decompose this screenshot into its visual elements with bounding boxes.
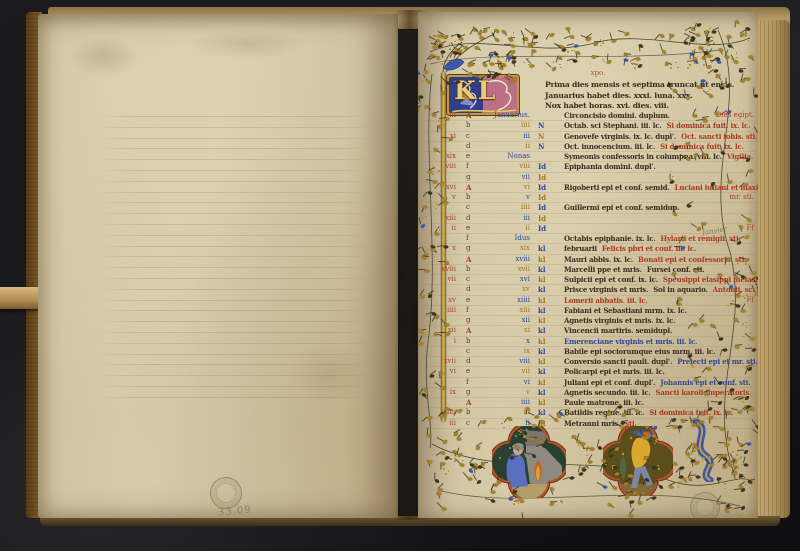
feast-segment: Batildis regine. iii. lc. xyxy=(564,408,644,417)
feast-segment: Conversio sancti pauli. dupl'. xyxy=(564,357,672,366)
dominical-letter: A xyxy=(466,326,480,335)
dominical-letter: c xyxy=(466,347,480,356)
calendar-verse-2: Januarius habet dies. xxxi. luna. xxx. xyxy=(545,91,693,100)
feast-entry: Genovefe virginis. ix. lc. dupl'.Oct. sa… xyxy=(564,132,754,142)
feast-entry: Lomerii abbatis. iii. lc. xyxy=(564,296,754,306)
feast-segment: Agnetis virginis et mris. ix. lc. xyxy=(564,316,675,325)
day-count: v xyxy=(488,193,530,202)
calendar-row: diiNOct. innocencium. iii. lc.Si dominic… xyxy=(424,142,756,152)
acanthus-leaf-blue xyxy=(444,59,464,70)
feast-segment: Si dominica fuit. ix. lc. xyxy=(667,121,751,130)
division-abbrev: kl xyxy=(538,275,560,284)
feast-segment: Bonati epi et confessoris. sti. xyxy=(638,255,746,264)
calendar-row: ciiiiIdGuillermi epi et conf. semidup. xyxy=(424,203,756,213)
manuscript-photo: 33.09 xpo. Prima dies mensis et septima … xyxy=(0,0,800,551)
calendar-row: biiiiNOctab. sci Stephani. iii. lc.Si do… xyxy=(424,121,756,131)
division-abbrev: kl xyxy=(538,408,560,417)
calendar-row: iiiAJanuarius.Circoncisio domini. duplum… xyxy=(424,111,756,121)
dominical-letter: A xyxy=(466,255,480,264)
calendar-row: ixgvklAgnetis secundo. iii. lc.Sancti ka… xyxy=(424,388,756,398)
dominical-letter: e xyxy=(466,152,480,161)
feast-segment: Vincencii martiris. semidupl. xyxy=(564,326,672,335)
division-abbrev: Id xyxy=(538,183,560,192)
calendar-row: xiiAxiklVincencii martiris. semidupl. xyxy=(424,326,756,336)
golden-number: xvii xyxy=(424,357,456,366)
dominical-letter: f xyxy=(466,378,480,387)
calendar-row: xiiidiiiId xyxy=(424,214,756,224)
day-count: Idus xyxy=(488,234,530,243)
division-abbrev: Id xyxy=(538,224,560,233)
dominical-letter: A xyxy=(466,183,480,192)
day-count: Januarius. xyxy=(488,111,530,120)
golden-number: xix xyxy=(424,152,456,161)
calendar-row: xixeNonasSymeonis confessoris in columpn… xyxy=(424,152,756,162)
right-margin-text: Ff xyxy=(747,224,754,233)
division-abbrev: N xyxy=(538,142,560,151)
dominical-letter: c xyxy=(466,275,480,284)
golden-number: xiiii xyxy=(424,408,456,417)
calendar-row: fviklJuliani epi et conf. dupl'.Johannis… xyxy=(424,378,756,388)
division-abbrev: kl xyxy=(538,244,560,253)
golden-number: ix xyxy=(424,388,456,397)
division-abbrev: Id xyxy=(538,162,560,171)
dominical-letter: c xyxy=(466,419,480,428)
dominical-letter: b xyxy=(466,337,480,346)
calendar-row: xviidviiiklConversio sancti pauli. dupl'… xyxy=(424,357,756,367)
feast-segment: Fursei conf. sti. xyxy=(647,265,705,274)
feast-entry: Agnetis secundo. iii. lc.Sancti karoli i… xyxy=(564,388,754,398)
division-abbrev: kl xyxy=(538,265,560,274)
golden-number: xv xyxy=(424,296,456,305)
feast-entry: februariiFelicis pbri et conf. iii. lc. xyxy=(564,244,754,254)
day-count: xv xyxy=(488,285,530,294)
feast-segment: Marcelli ppe et mris. xyxy=(564,265,642,274)
feast-segment: Sol in aquario. xyxy=(653,285,707,294)
division-abbrev: kl xyxy=(538,337,560,346)
feast-entry: Sulpicii epi et conf. ix. lc.Speusippi e… xyxy=(564,275,754,285)
day-count: xvii xyxy=(488,265,530,274)
feast-segment: Speusippi elasippi melasippi. mr. xyxy=(663,275,758,284)
feast-segment: Johannis epi et conf. sti. xyxy=(660,378,750,387)
dominical-letter: b xyxy=(466,408,480,417)
golden-number: iii xyxy=(424,111,456,120)
division-abbrev: Id xyxy=(538,203,560,212)
day-count: Nonas xyxy=(488,152,530,161)
calendar-row: ibxklEmerenciane virginis et mris. iii. … xyxy=(424,337,756,347)
day-count: xviii xyxy=(488,255,530,264)
feast-segment: Hylarii et remigii. sti. xyxy=(661,234,741,243)
division-abbrev: kl xyxy=(538,285,560,294)
division-abbrev: kl xyxy=(538,255,560,264)
foxing-stain xyxy=(68,36,138,76)
dominical-letter: e xyxy=(466,367,480,376)
feast-entry: Rigoberti epi et conf. semid.Luciani iul… xyxy=(564,183,754,193)
feast-segment: Paule matrone. iii. lc. xyxy=(564,398,644,407)
calendar-row: xiiiibiiiklBatildis regine. iii. lc.Si d… xyxy=(424,408,756,418)
dominical-letter: A xyxy=(466,111,480,120)
feast-segment: februarii xyxy=(564,244,597,253)
feast-entry: Guillermi epi et conf. semidup. xyxy=(564,203,754,213)
golden-number: viii xyxy=(424,162,456,171)
golden-number: i xyxy=(424,337,456,346)
pencil-shelfmark: 33.09 xyxy=(218,505,252,519)
feast-segment: Octabis epiphanie. ix. lc. xyxy=(564,234,656,243)
division-abbrev: kl xyxy=(538,316,560,325)
feast-segment: Genovefe virginis. ix. lc. dupl'. xyxy=(564,132,676,141)
feast-entry: Paule matrone. iii. lc. xyxy=(564,398,754,408)
division-abbrev: Id xyxy=(538,193,560,202)
golden-number: xii xyxy=(424,326,456,335)
day-count: xvi xyxy=(488,275,530,284)
right-margin-text: Ff xyxy=(747,296,754,305)
golden-number: xi xyxy=(424,132,456,141)
feast-entry: Prisce virginis et mris.Sol in aquario.A… xyxy=(564,285,754,295)
calendar-row: dxvklPrisce virginis et mris.Sol in aqua… xyxy=(424,285,756,295)
feast-entry: Agnetis virginis et mris. ix. lc. xyxy=(564,316,754,326)
division-abbrev: kl xyxy=(538,306,560,315)
dominical-letter: e xyxy=(466,224,480,233)
aquarius-miniature xyxy=(603,426,673,496)
feast-entry: Batildis regine. iii. lc.Si dominica fui… xyxy=(564,408,754,418)
calendar-rows: iiiAJanuarius.Circoncisio domini. duplum… xyxy=(424,111,756,429)
ruling-show-through xyxy=(96,116,372,408)
dominical-letter: g xyxy=(466,173,480,182)
feast-entry: Mauri abbis. ix. lc.Bonati epi et confes… xyxy=(564,255,754,265)
golden-number: iii xyxy=(424,419,456,428)
division-abbrev: N xyxy=(538,132,560,141)
day-count: xii xyxy=(488,316,530,325)
day-count: iii xyxy=(488,214,530,223)
feast-entry: Emerenciane virginis et mris. iii. lc. xyxy=(564,337,754,347)
feast-entry: Symeonis confessoris in columpna. viii. … xyxy=(564,152,754,162)
day-count: viii xyxy=(488,357,530,366)
division-abbrev: kl xyxy=(538,326,560,335)
day-count: xiiii xyxy=(488,296,530,305)
day-count: vii xyxy=(488,173,530,182)
dominical-letter: d xyxy=(466,142,480,151)
golden-number: v xyxy=(424,193,456,202)
day-count: iiii xyxy=(488,121,530,130)
dominical-letter: d xyxy=(466,285,480,294)
calendar-row: vieviiklPolicarpi epi et mris. iii. lc. xyxy=(424,367,756,377)
dominical-letter: f xyxy=(466,162,480,171)
calendar-row: cixklBabile epi sociorumque eius mrm. ii… xyxy=(424,347,756,357)
calendar-row: xiciiiNGenovefe virginis. ix. lc. dupl'.… xyxy=(424,132,756,142)
golden-number: ii xyxy=(424,224,456,233)
golden-number: vii xyxy=(424,275,456,284)
feast-segment: Si dominica fuit. ix. lc. xyxy=(660,142,744,151)
feast-segment: Babile epi sociorumque eius mrm. iii. lc… xyxy=(564,347,715,356)
feast-segment: Agnetis secundo. iii. lc. xyxy=(564,388,651,397)
dominical-letter: b xyxy=(466,193,480,202)
left-blank-page: 33.09 xyxy=(38,14,398,518)
feast-entry: Fabiani et Sebastiani mrm. ix. lc. xyxy=(564,306,754,316)
day-count: iiii xyxy=(488,203,530,212)
division-abbrev: kl xyxy=(538,296,560,305)
day-count: iii xyxy=(488,408,530,417)
feast-segment: Juliani epi et conf. dupl'. xyxy=(564,378,655,387)
feast-segment: Preiecti epi et mr. sti. xyxy=(677,357,757,366)
january-feasting-miniature xyxy=(492,426,566,498)
library-stamp-right xyxy=(688,490,722,518)
day-count: vi xyxy=(488,183,530,192)
division-abbrev: kl xyxy=(538,398,560,407)
book-right-fore-edge xyxy=(756,20,790,518)
calendar-row: xvexiiiiklLomerii abbatis. iii. lc.Ff xyxy=(424,296,756,306)
right-margin-text: mr. sti. xyxy=(729,193,754,202)
illuminated-kl-initial: KL xyxy=(446,74,520,116)
division-abbrev: kl xyxy=(538,367,560,376)
feast-entry: Policarpi epi et mris. iii. lc. xyxy=(564,367,754,377)
feast-entry: Octabis epiphanie. ix. lc.Hylarii et rem… xyxy=(564,234,754,244)
feast-segment: Vigilia. xyxy=(727,152,753,161)
day-count: ix xyxy=(488,347,530,356)
feast-entry: Marcelli ppe et mris.Fursei conf. sti. xyxy=(564,265,754,275)
dominical-letter: g xyxy=(466,316,480,325)
dominical-letter: b xyxy=(466,121,480,130)
feast-segment: Circoncisio domini. duplum. xyxy=(564,111,670,120)
calendar-row: gviiId xyxy=(424,173,756,183)
feast-segment: Lomerii abbatis. iii. lc. xyxy=(564,296,648,305)
feast-entry: Babile epi sociorumque eius mrm. iii. lc… xyxy=(564,347,754,357)
dominical-letter: e xyxy=(466,296,480,305)
feast-segment: Octab. sci Stephani. iii. lc. xyxy=(564,121,662,130)
golden-number: iiii xyxy=(424,306,456,315)
feast-segment: Sulpicii epi et conf. ix. lc. xyxy=(564,275,658,284)
golden-number: xviii xyxy=(424,265,456,274)
dominical-letter: f xyxy=(466,234,480,243)
feast-segment: Rigoberti epi et conf. semid. xyxy=(564,183,670,192)
golden-number: x xyxy=(424,244,456,253)
feast-segment: Oct. innocencium. iii. lc. xyxy=(564,142,655,151)
division-abbrev: kl xyxy=(538,388,560,397)
day-count: x xyxy=(488,337,530,346)
feast-segment: Epiphania domini. dupl'. xyxy=(564,162,656,171)
feast-entry: Epiphania domini. dupl'. xyxy=(564,162,754,172)
division-abbrev: Id xyxy=(538,214,560,223)
feast-segment: Symeonis confessoris in columpna. viii. … xyxy=(564,152,722,161)
day-count: ii xyxy=(488,224,530,233)
calendar-row: vbvIdmr. sti. xyxy=(424,193,756,203)
calendar-row: gxiiklAgnetis virginis et mris. ix. lc. xyxy=(424,316,756,326)
feast-segment: Policarpi epi et mris. iii. lc. xyxy=(564,367,665,376)
calendar-verse-3: Nox habet horas. xvi. dies. viii. xyxy=(545,101,669,110)
golden-number: vi xyxy=(424,367,456,376)
day-count: xix xyxy=(488,244,530,253)
division-abbrev: kl xyxy=(538,378,560,387)
day-count: iiii xyxy=(488,398,530,407)
day-count: xi xyxy=(488,326,530,335)
day-count: xiii xyxy=(488,306,530,315)
feast-segment: Fabiani et Sebastiani mrm. ix. lc. xyxy=(564,306,687,315)
feast-entry: Juliani epi et conf. dupl'.Johannis epi … xyxy=(564,378,754,388)
golden-number: xvi xyxy=(424,183,456,192)
division-abbrev: kl xyxy=(538,347,560,356)
calendar-row: viiifviiiIdEpiphania domini. dupl'. xyxy=(424,162,756,172)
kl-monogram-letters: KL xyxy=(454,76,497,105)
calendar-row: xviiibxviiklMarcelli ppe et mris.Fursei … xyxy=(424,265,756,275)
feast-segment: Mauri abbis. ix. lc. xyxy=(564,255,633,264)
feast-segment: Oct. sancti iohis. sti. xyxy=(681,132,757,141)
golden-number: xiii xyxy=(424,214,456,223)
feast-segment: Si dominica fuit. ix. lc. xyxy=(649,408,733,417)
feast-segment: Luciani iuliani et maxiani xyxy=(675,183,758,192)
day-count: iii xyxy=(488,132,530,141)
dominical-letter: g xyxy=(466,388,480,397)
calendar-verse-1: Prima dies mensis et septima truncat ut … xyxy=(545,80,734,89)
blue-gold-bar-ornament xyxy=(686,420,722,482)
day-count: vii xyxy=(488,367,530,376)
dominical-letter: c xyxy=(466,203,480,212)
feast-segment: Sancti karoli imperatoris. xyxy=(656,388,752,397)
calendar-page-january: xpo. Prima dies mensis et septima trunca… xyxy=(418,12,758,518)
calendar-row: iiiifxiiiklFabiani et Sebastiani mrm. ix… xyxy=(424,306,756,316)
dominical-letter: f xyxy=(466,306,480,315)
division-abbrev: N xyxy=(538,121,560,130)
division-abbrev: Id xyxy=(538,173,560,182)
invocation-text: xpo. xyxy=(568,69,628,77)
feast-segment: Antonii. sc. sti. xyxy=(713,285,758,294)
calendar-row: xgxixklfebruariiFelicis pbri et conf. ii… xyxy=(424,244,756,254)
dominical-letter: d xyxy=(466,214,480,223)
feast-entry: Oct. innocencium. iii. lc.Si dominica fu… xyxy=(564,142,754,152)
day-count: ii xyxy=(488,142,530,151)
dominical-letter: g xyxy=(466,244,480,253)
calendar-row: xviAviIdRigoberti epi et conf. semid.Luc… xyxy=(424,183,756,193)
calendar-row: AiiiiklPaule matrone. iii. lc. xyxy=(424,398,756,408)
calendar-row: viicxviklSulpicii epi et conf. ix. lc.Sp… xyxy=(424,275,756,285)
feast-segment: Felicis pbri et conf. iii. lc. xyxy=(602,244,696,253)
right-margin-text: Dies egipt. xyxy=(716,111,754,120)
dominical-letter: A xyxy=(466,398,480,407)
feast-segment: Guillermi epi et conf. semidup. xyxy=(564,203,680,212)
dominical-letter: b xyxy=(466,265,480,274)
day-count: vi xyxy=(488,378,530,387)
foxing-stain xyxy=(188,29,308,59)
dominical-letter: c xyxy=(466,132,480,141)
division-abbrev: kl xyxy=(538,357,560,366)
day-count: v xyxy=(488,388,530,397)
day-count: viii xyxy=(488,162,530,171)
dominical-letter: d xyxy=(466,357,480,366)
feast-segment: Prisce virginis et mris. xyxy=(564,285,648,294)
feast-entry: Vincencii martiris. semidupl. xyxy=(564,326,754,336)
feast-entry: Conversio sancti pauli. dupl'.Preiecti e… xyxy=(564,357,754,367)
feast-entry: Octab. sci Stephani. iii. lc.Si dominica… xyxy=(564,121,754,131)
feast-segment: Emerenciane virginis et mris. iii. lc. xyxy=(564,337,697,346)
calendar-row: AxviiiklMauri abbis. ix. lc.Bonati epi e… xyxy=(424,255,756,265)
